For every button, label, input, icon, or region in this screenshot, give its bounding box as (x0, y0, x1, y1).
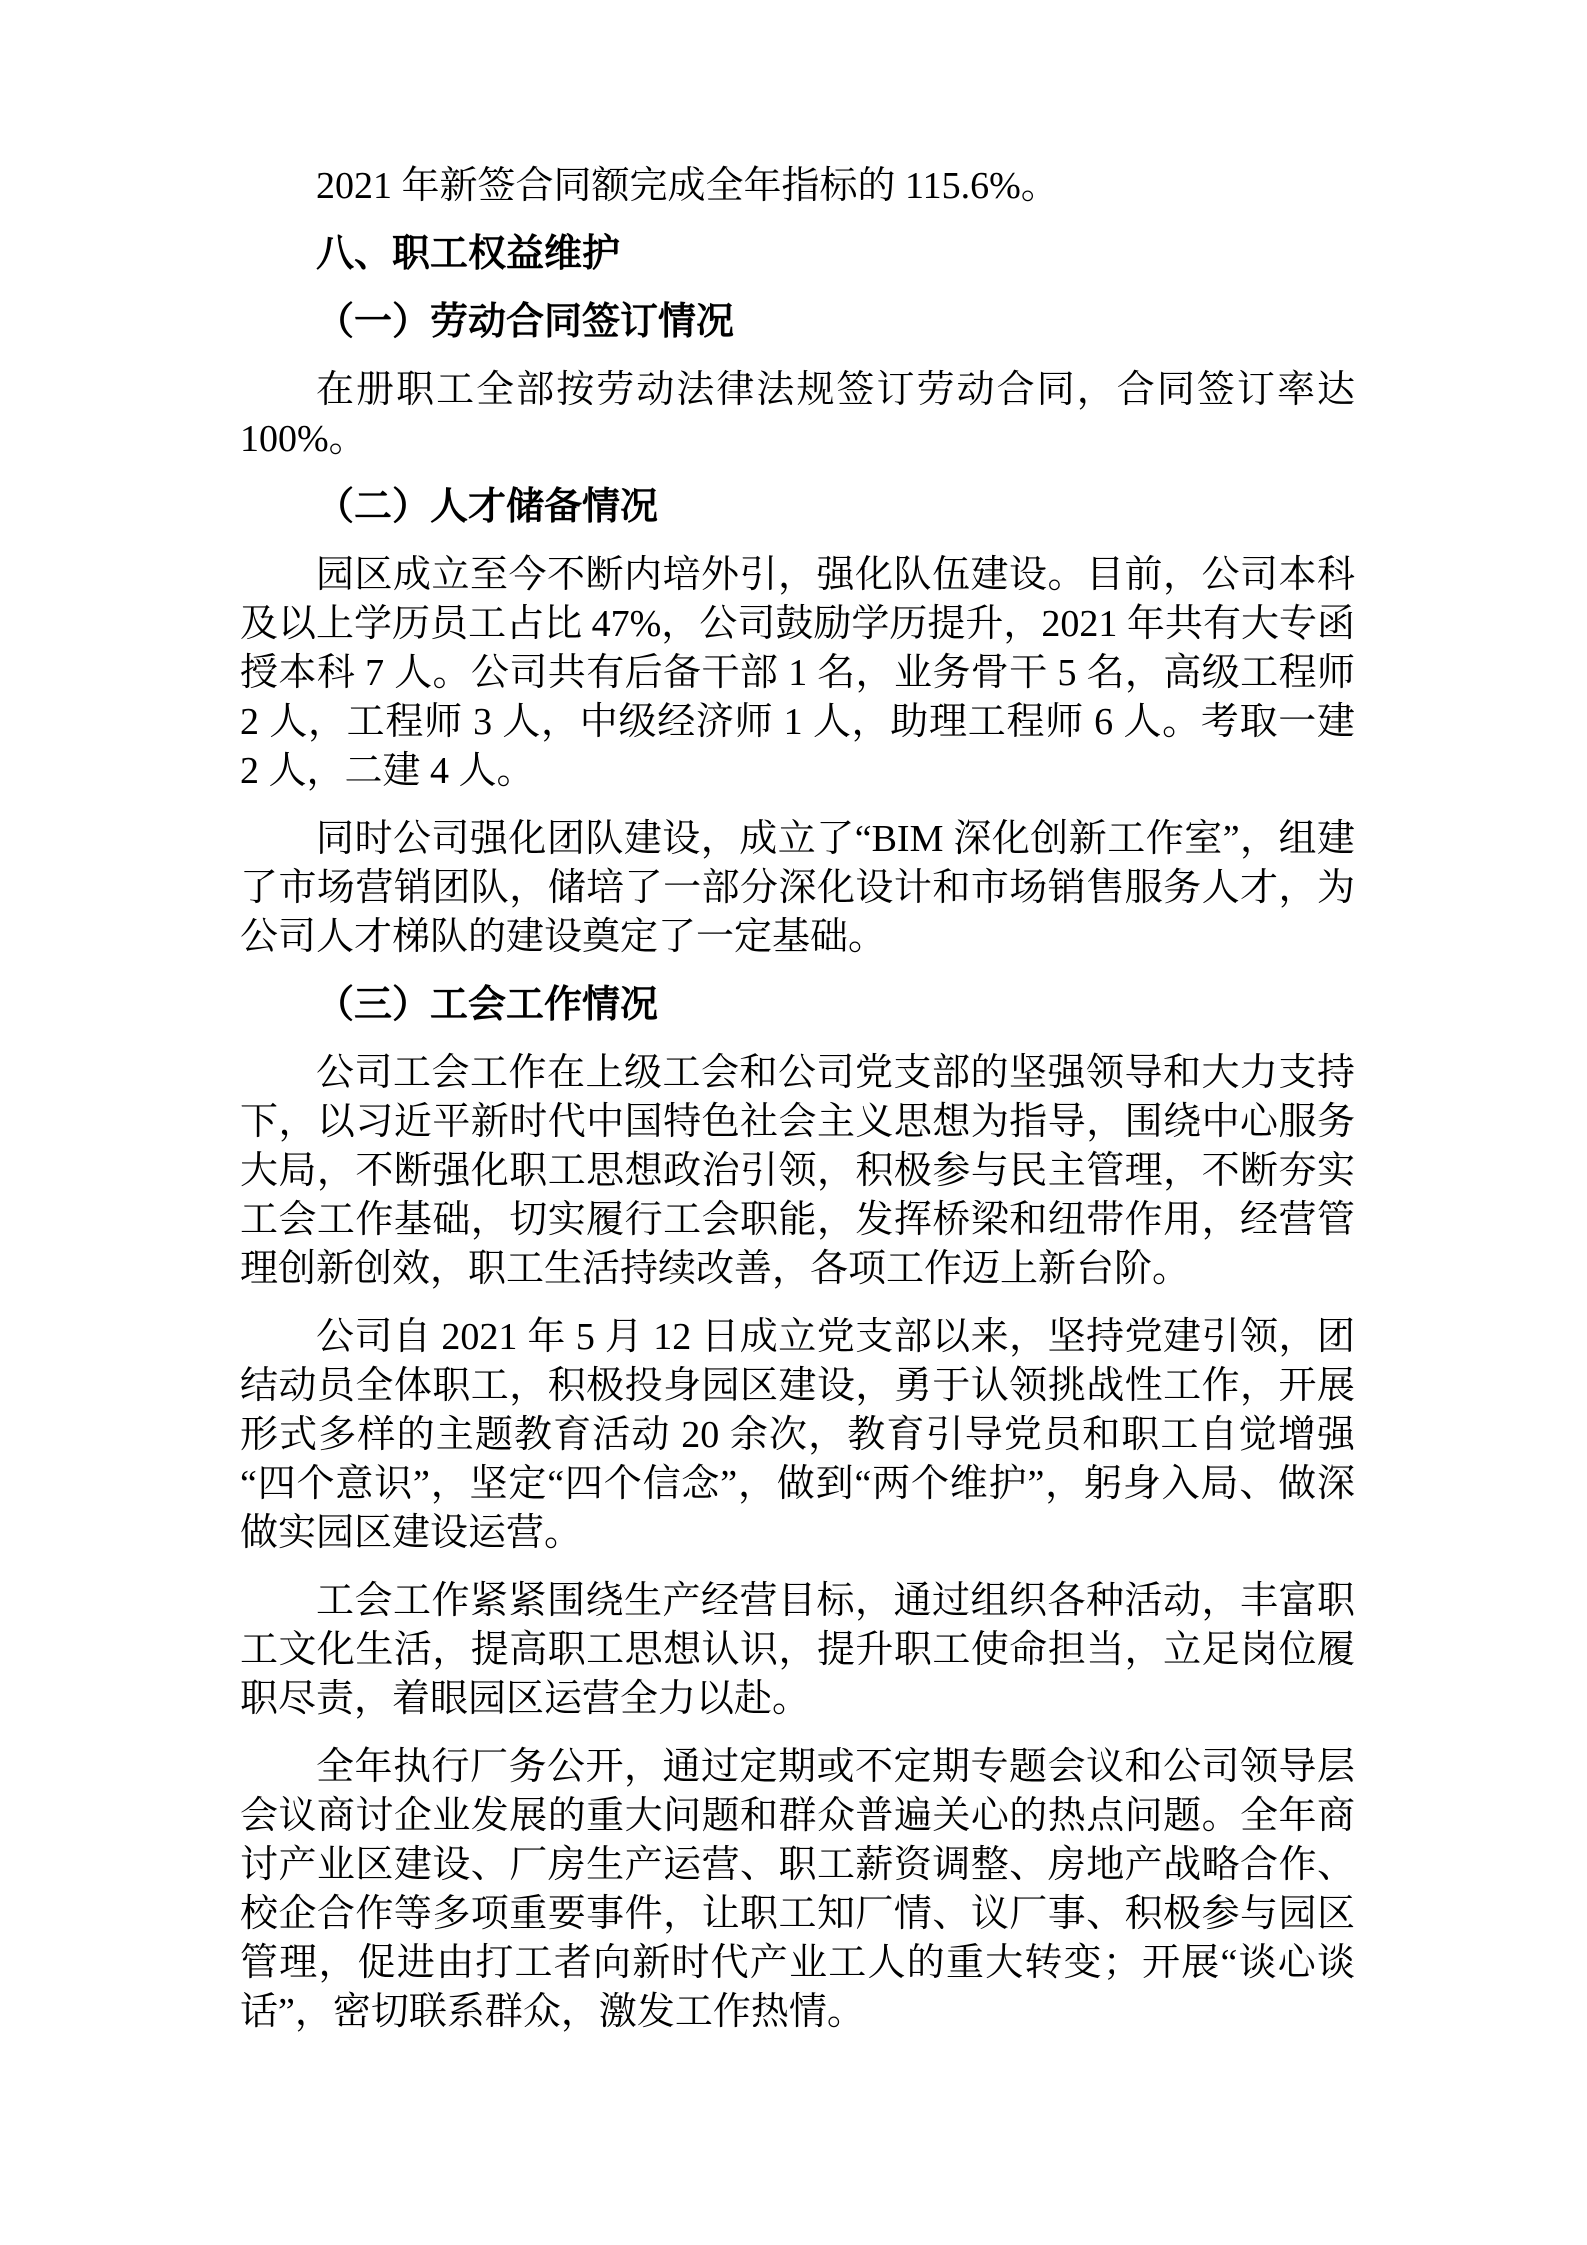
heading-sub-3-union-work: （三）工会工作情况 (240, 981, 1355, 1030)
paragraph-new-contract-2021: 2021 年新签合同额完成全年指标的 115.6%。 (240, 162, 1355, 211)
heading-sub-2-talent-reserve: （二）人才储备情况 (240, 483, 1355, 532)
paragraph-union-production-goals: 工会工作紧紧围绕生产经营目标，通过组织各种活动，丰富职工文化生活，提高职工思想认… (240, 1577, 1355, 1724)
paragraph-party-branch-activities: 公司自 2021 年 5 月 12 日成立党支部以来，坚持党建引领，团结动员全体… (240, 1313, 1355, 1558)
paragraph-team-building-bim: 同时公司强化团队建设，成立了“BIM 深化创新工作室”，组建了市场营销团队，储培… (240, 815, 1355, 962)
paragraph-labor-contract-rate: 在册职工全部按劳动法律法规签订劳动合同，合同签订率达 100%。 (240, 366, 1355, 464)
document-page: 2021 年新签合同额完成全年指标的 115.6%。 八、职工权益维护 （一）劳… (0, 0, 1587, 2245)
paragraph-factory-affairs-openness: 全年执行厂务公开，通过定期或不定期专题会议和公司领导层会议商讨企业发展的重大问题… (240, 1743, 1355, 2037)
heading-section-8-worker-rights: 八、职工权益维护 (240, 230, 1355, 279)
heading-sub-1-labor-contract-signing: （一）劳动合同签订情况 (240, 298, 1355, 347)
paragraph-union-leadership: 公司工会工作在上级工会和公司党支部的坚强领导和大力支持下，以习近平新时代中国特色… (240, 1049, 1355, 1294)
paragraph-talent-reserve-detail: 园区成立至今不断内培外引，强化队伍建设。目前，公司本科及以上学历员工占比 47%… (240, 551, 1355, 796)
